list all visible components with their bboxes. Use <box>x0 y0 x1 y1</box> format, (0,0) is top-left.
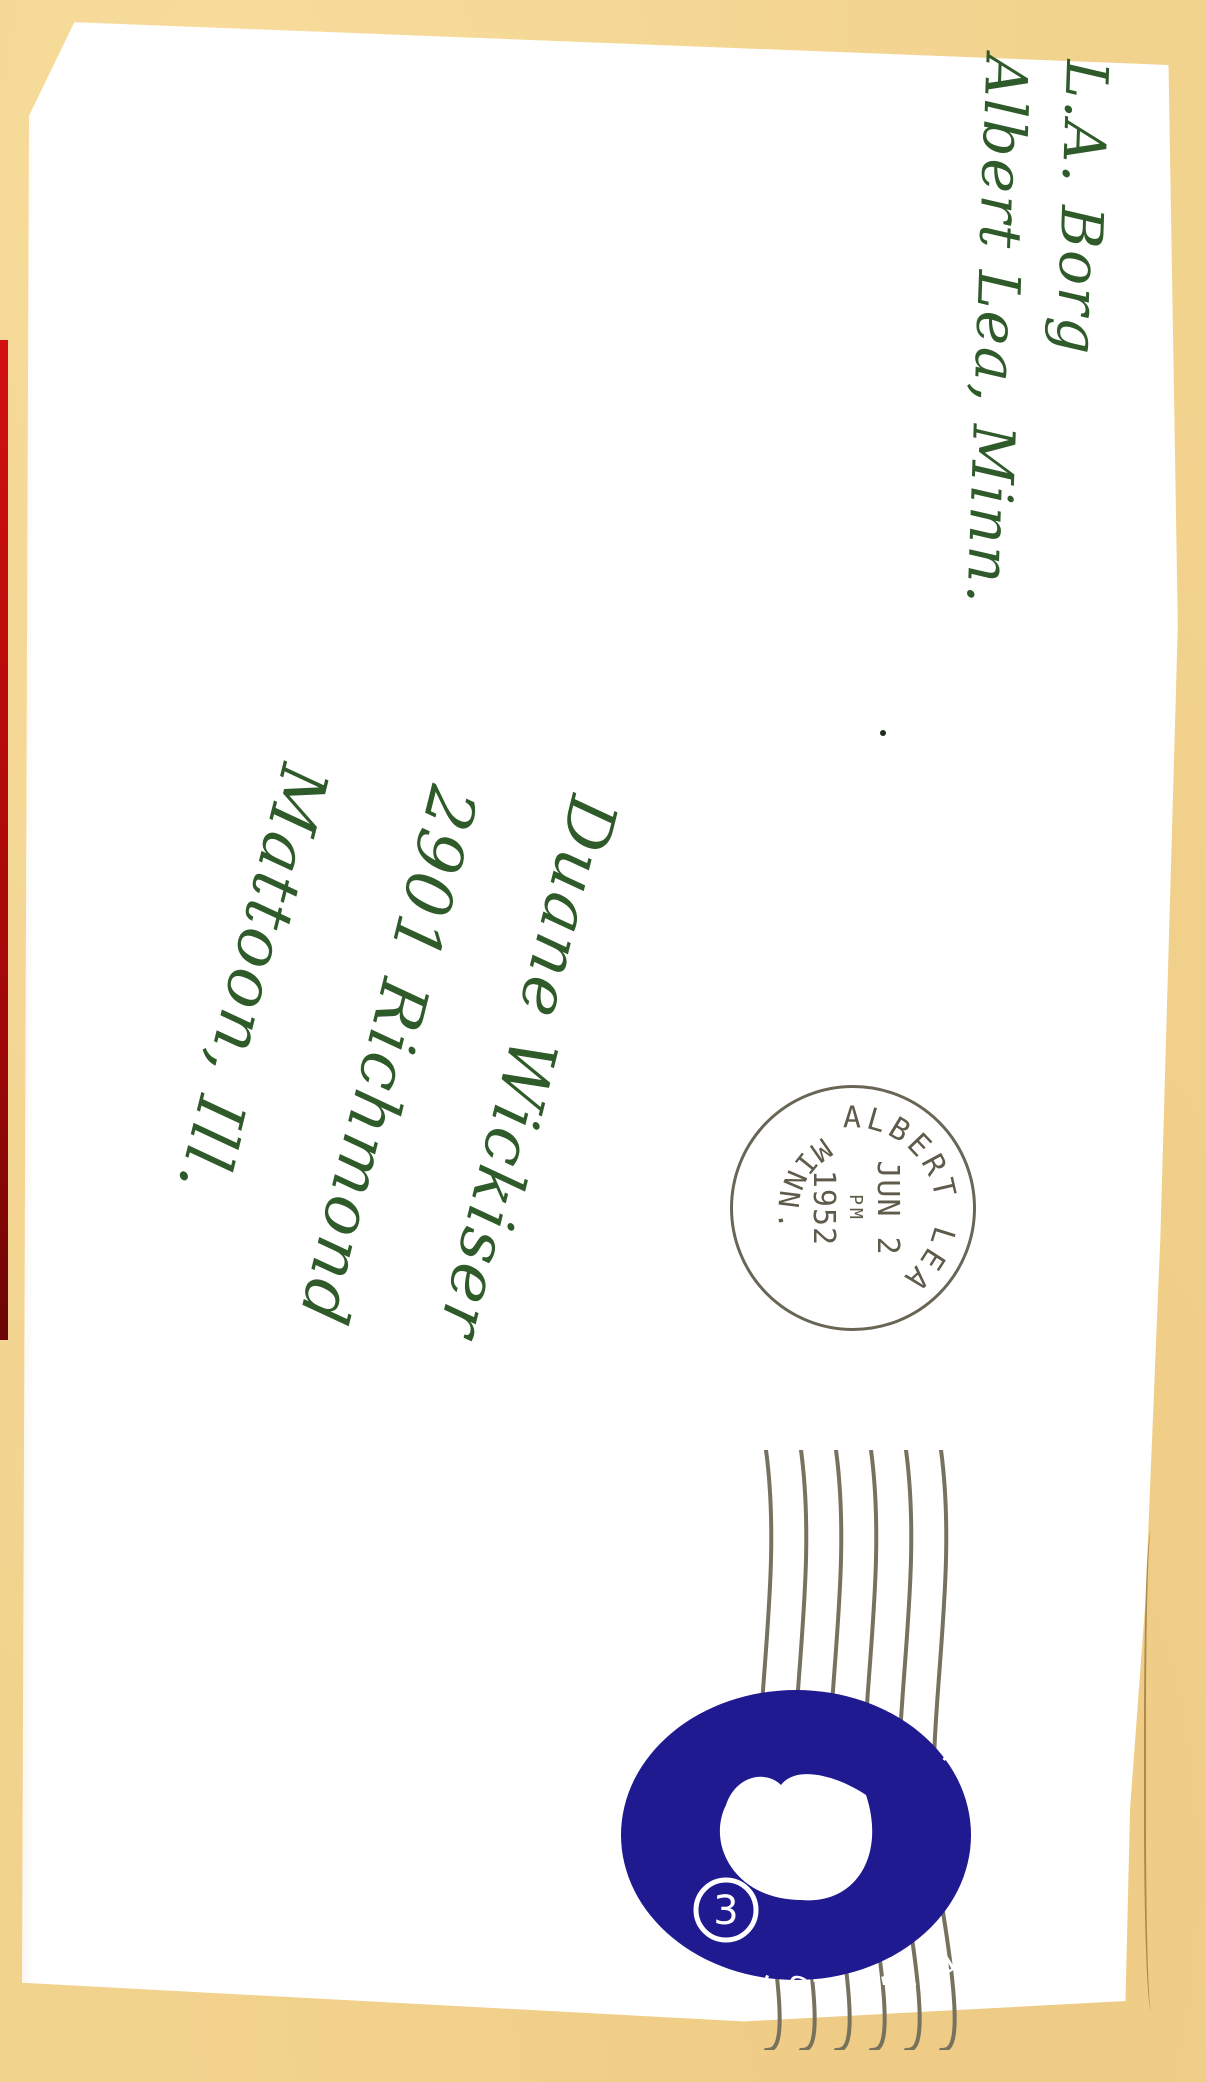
postmark-day: 2 <box>870 1237 905 1256</box>
postmark-time: PM <box>839 1088 871 1328</box>
postmark: ALBERT LEA MINN. JUN 2 PM 1952 <box>730 1085 976 1331</box>
ink-dot <box>880 730 886 736</box>
postmark-date: JUN 2 PM 1952 <box>807 1088 903 1328</box>
envelope-content: L.A. Borg Albert Lea, Minn. Duane Wickis… <box>0 0 1206 2082</box>
postmark-year: 1952 <box>807 1088 839 1328</box>
svg-text:3: 3 <box>713 1888 738 1934</box>
recipient-city: Mattoon, Ill. <box>162 757 343 1202</box>
postage-stamp-3-cents: 3 THREE UNITED STATES · POSTAGE CENTS <box>616 1685 976 1985</box>
return-address-city: Albert Lea, Minn. <box>953 54 1040 607</box>
return-address-name: L.A. Borg <box>1043 59 1121 357</box>
postmark-month: JUN <box>870 1160 905 1217</box>
